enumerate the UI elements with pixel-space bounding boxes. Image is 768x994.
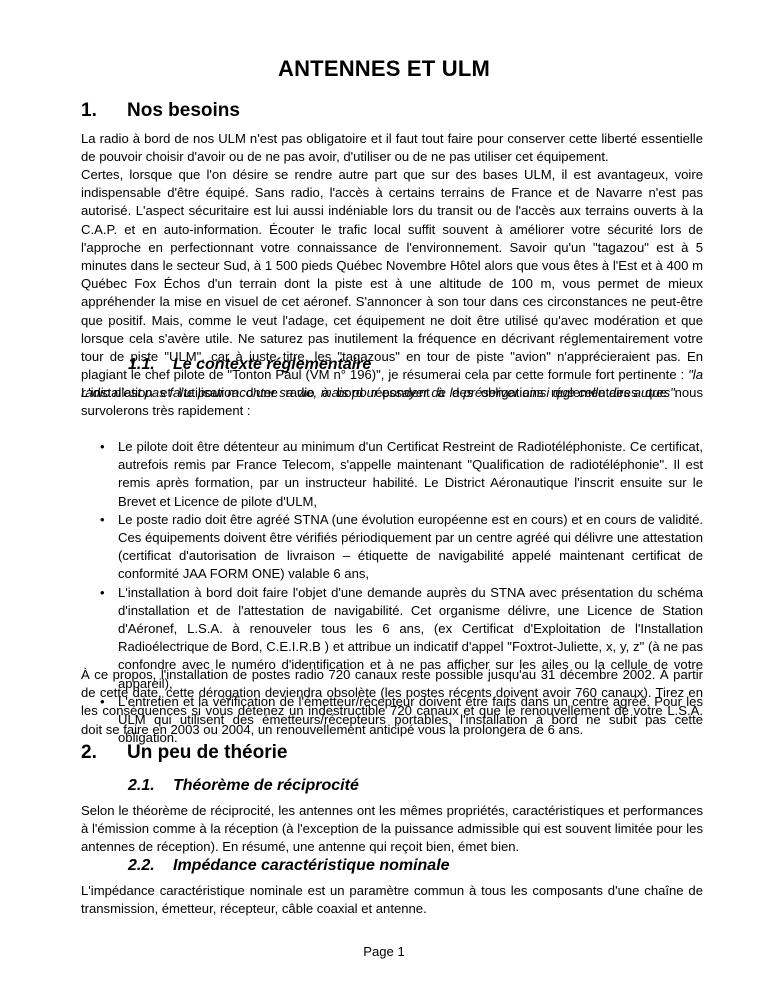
section-number: 1. bbox=[81, 100, 127, 122]
heading-section-2: 2.Un peu de théorie bbox=[81, 742, 287, 764]
page-number: Page 1 bbox=[0, 944, 768, 959]
paragraph-intro: La radio à bord de nos ULM n'est pas obl… bbox=[81, 130, 703, 166]
section-title: Un peu de théorie bbox=[127, 742, 287, 763]
paragraph-regulation-intro: L'installation et l'utilisation d'une ra… bbox=[81, 384, 703, 420]
section-title: Nos besoins bbox=[127, 100, 240, 121]
heading-section-1: 1.Nos besoins bbox=[81, 100, 240, 122]
heading-section-2-1: 2.1.Théorème de réciprocité bbox=[128, 777, 359, 795]
bullet-icon: • bbox=[100, 511, 105, 529]
bullet-icon: • bbox=[100, 584, 105, 602]
section-number: 2.1. bbox=[128, 777, 173, 795]
paragraph-needs-text: Certes, lorsque que l'on désire se rendr… bbox=[81, 167, 703, 382]
paragraph-impedance: L'impédance caractéristique nominale est… bbox=[81, 882, 703, 918]
section-number: 2.2. bbox=[128, 857, 173, 875]
heading-section-1-1: 1.1.Le contexte réglementaire bbox=[128, 356, 371, 374]
heading-section-2-2: 2.2.Impédance caractéristique nominale bbox=[128, 857, 450, 875]
section-number: 1.1. bbox=[128, 356, 173, 374]
section-title: Théorème de réciprocité bbox=[173, 777, 359, 794]
list-item: •Le pilote doit être détenteur au minimu… bbox=[81, 438, 703, 511]
bullet-icon: • bbox=[100, 438, 105, 456]
paragraph-channels: À ce propos, l'installation de postes ra… bbox=[81, 666, 703, 739]
section-title: Le contexte réglementaire bbox=[173, 356, 371, 373]
section-number: 2. bbox=[81, 742, 127, 764]
list-item: •Le poste radio doit être agréé STNA (un… bbox=[81, 511, 703, 584]
paragraph-reciprocity: Selon le théorème de réciprocité, les an… bbox=[81, 802, 703, 857]
document-title: ANTENNES ET ULM bbox=[0, 56, 768, 82]
section-title: Impédance caractéristique nominale bbox=[173, 857, 450, 874]
list-item-text: Le poste radio doit être agréé STNA (une… bbox=[118, 512, 703, 582]
list-item-text: Le pilote doit être détenteur au minimum… bbox=[118, 439, 703, 509]
